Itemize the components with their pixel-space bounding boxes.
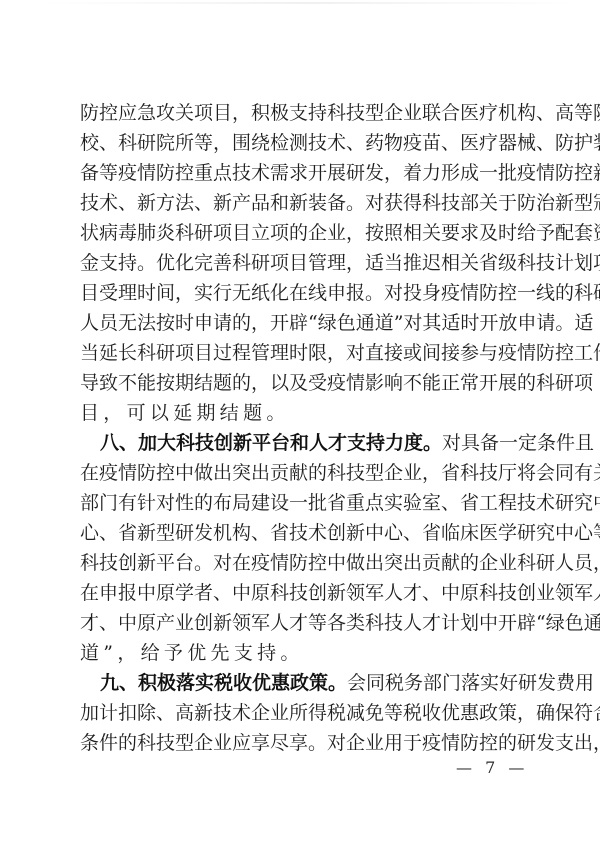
text-line: 导致不能按期结题的，以及受疫情影响不能正常开展的科研项 [80, 368, 526, 398]
text-line: 道”，给予优先支持。 [80, 638, 526, 668]
text-line: 科技创新平台。对在疫情防控中做出突出贡献的企业科研人员， [80, 548, 526, 578]
section-8-heading: 八、加大科技创新平台和人才支持力度。 [100, 432, 442, 454]
text-line: 目，可以延期结题。 [80, 398, 526, 428]
text-line: 心、省新型研发机构、省技术创新中心、省临床医学研究中心等 [80, 518, 526, 548]
text-line: 加计扣除、高新技术企业所得税减免等税收优惠政策，确保符合 [80, 698, 526, 728]
section-9-heading: 九、积极落实税收优惠政策。 [100, 672, 347, 694]
section-9-first-line: 九、积极落实税收优惠政策。会同税务部门落实好研发费用 [80, 668, 526, 698]
text-line: 技术、新方法、新产品和新装备。对获得科技部关于防治新型冠 [80, 188, 526, 218]
text-line: 校、科研院所等，围绕检测技术、药物疫苗、医疗器械、防护装 [80, 128, 526, 158]
text-line: 在申报中原学者、中原科技创新领军人才、中原科技创业领军人 [80, 578, 526, 608]
text-line: 当延长科研项目过程管理时限，对直接或间接参与疫情防控工作 [80, 338, 526, 368]
scan-top-edge [40, 2, 580, 4]
page-number: — 7 — [456, 758, 528, 777]
text-line: 防控应急攻关项目，积极支持科技型企业联合医疗机构、高等院 [80, 98, 526, 128]
section-8-first-line: 八、加大科技创新平台和人才支持力度。对具备一定条件且 [80, 428, 526, 458]
text-line: 条件的科技型企业应享尽享。对企业用于疫情防控的研发支出， [80, 728, 526, 758]
text-line: 部门有针对性的布局建设一批省重点实验室、省工程技术研究中 [80, 488, 526, 518]
text-line: 才、中原产业创新领军人才等各类科技人才计划中开辟“绿色通 [80, 608, 526, 638]
text-line: 在疫情防控中做出突出贡献的科技型企业，省科技厅将会同有关 [80, 458, 526, 488]
text-line: 状病毒肺炎科研项目立项的企业，按照相关要求及时给予配套资 [80, 218, 526, 248]
text-line: 金支持。优化完善科研项目管理，适当推迟相关省级科技计划项 [80, 248, 526, 278]
document-page: 防控应急攻关项目，积极支持科技型企业联合医疗机构、高等院 校、科研院所等，围绕检… [80, 98, 526, 758]
section-9-text: 会同税务部门落实好研发费用 [347, 672, 594, 694]
section-8-text: 对具备一定条件且 [442, 432, 594, 454]
text-line: 备等疫情防控重点技术需求开展研发，着力形成一批疫情防控新 [80, 158, 526, 188]
text-line: 目受理时间，实行无纸化在线申报。对投身疫情防控一线的科研 [80, 278, 526, 308]
text-line: 人员无法按时申请的，开辟“绿色通道”对其适时开放申请。适 [80, 308, 526, 338]
